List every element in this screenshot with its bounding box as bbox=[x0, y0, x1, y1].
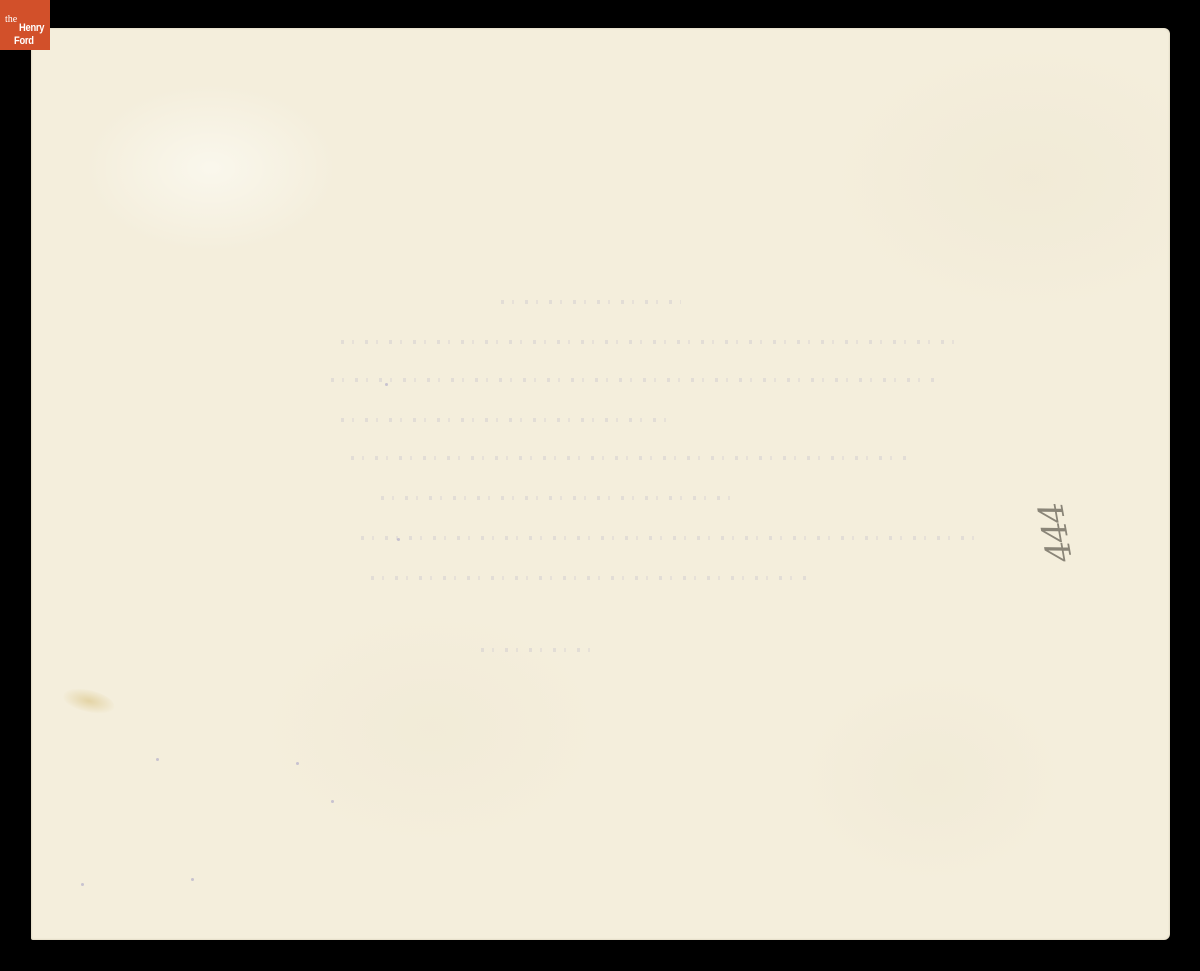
show-through-line bbox=[361, 536, 981, 540]
photo-print-back: 444 bbox=[31, 28, 1170, 940]
ink-speck bbox=[156, 758, 159, 761]
logo-text-henry: Henry bbox=[19, 23, 44, 34]
show-through-line bbox=[341, 340, 961, 344]
show-through-line bbox=[481, 648, 591, 652]
show-through-line bbox=[381, 496, 741, 500]
show-through-line bbox=[371, 576, 811, 580]
show-through-line bbox=[501, 300, 681, 304]
logo-text-the: the bbox=[5, 15, 17, 25]
show-through-text-block bbox=[301, 288, 981, 668]
show-through-line bbox=[351, 456, 911, 460]
the-henry-ford-logo: the Henry Ford bbox=[0, 0, 50, 50]
handwritten-number: 444 bbox=[1015, 488, 1098, 579]
ink-speck bbox=[191, 878, 194, 881]
ink-speck bbox=[81, 883, 84, 886]
logo-text-ford: Ford bbox=[14, 36, 34, 47]
ink-speck bbox=[331, 800, 334, 803]
show-through-line bbox=[341, 418, 671, 422]
ink-speck bbox=[296, 762, 299, 765]
show-through-line bbox=[331, 378, 941, 382]
stain-mark bbox=[61, 685, 116, 717]
ink-speck bbox=[397, 538, 400, 541]
ink-speck bbox=[385, 383, 388, 386]
